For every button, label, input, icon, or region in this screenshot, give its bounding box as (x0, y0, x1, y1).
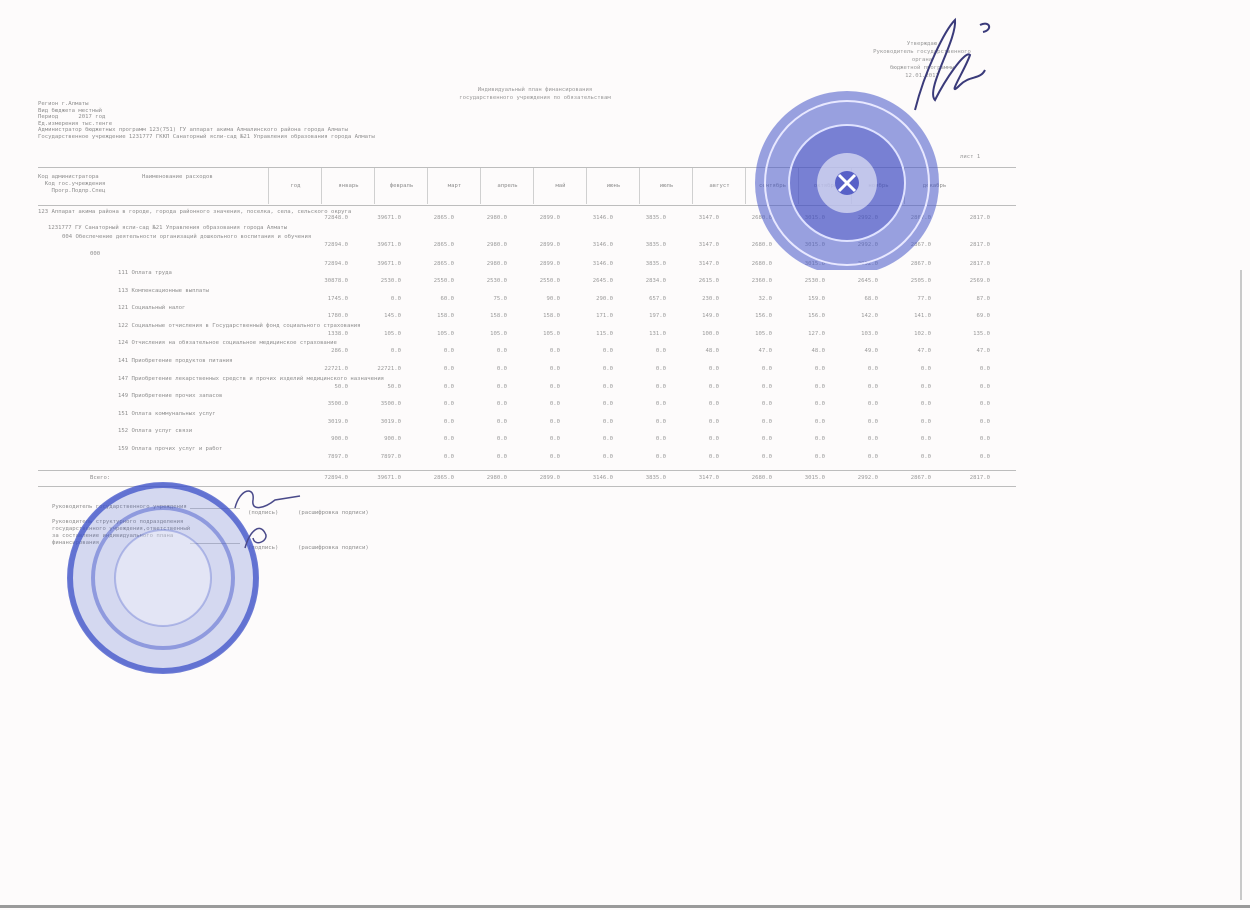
cell-value: 0.0 (871, 419, 931, 425)
institution: Государственное учреждение 1231777 ГККП … (38, 134, 375, 141)
sheet-number: лист 1 (960, 154, 980, 160)
cell-value: 90.0 (500, 296, 560, 302)
document-title: Индивидуальный план финансирования госуд… (400, 86, 670, 102)
cell-value: 0.0 (394, 366, 454, 372)
cell-value: 39671.0 (341, 475, 401, 481)
cell-value: 2865.0 (394, 242, 454, 248)
cell-value: 47.0 (712, 348, 772, 354)
cell-value: 0.0 (606, 454, 666, 460)
cell-value: 105.0 (341, 331, 401, 337)
cell-value: 0.0 (818, 436, 878, 442)
cell-value: 7897.0 (341, 454, 401, 460)
cell-value: 0.0 (930, 454, 990, 460)
cell-value: 0.0 (341, 296, 401, 302)
group-row-label: 004 Обеспечение деятельности организаций… (62, 234, 311, 240)
budget-type: Вид бюджета местный (38, 108, 375, 115)
cell-value: 0.0 (500, 384, 560, 390)
cell-value: 0.0 (659, 384, 719, 390)
cell-value: 2505.0 (871, 278, 931, 284)
cell-value: 0.0 (553, 348, 613, 354)
cell-value: 2645.0 (553, 278, 613, 284)
cell-value: 2992.0 (818, 475, 878, 481)
cell-value: 0.0 (818, 454, 878, 460)
cell-value: 0.0 (394, 384, 454, 390)
cell-value: 0.0 (818, 366, 878, 372)
cell-value: 0.0 (500, 401, 560, 407)
cell-value: 0.0 (394, 454, 454, 460)
cell-value: 0.0 (553, 454, 613, 460)
cell-value: 145.0 (341, 313, 401, 319)
administrator: Администратор бюджетных программ 123(751… (38, 127, 375, 134)
cell-value: 0.0 (447, 366, 507, 372)
cell-value: 2360.0 (712, 278, 772, 284)
item-row-label: 122 Социальные отчисления в Государствен… (118, 323, 360, 329)
cell-value: 2899.0 (500, 215, 560, 221)
cell-value: 3147.0 (659, 475, 719, 481)
cell-value: 0.0 (394, 401, 454, 407)
cell-value: 2615.0 (659, 278, 719, 284)
cell-value: 3500.0 (341, 401, 401, 407)
cell-value: 0.0 (500, 454, 560, 460)
column-header: январь (321, 168, 375, 204)
item-row-label: 147 Приобретение лекарственных средств и… (118, 376, 384, 382)
cell-value: 22721.0 (288, 366, 348, 372)
cell-value: 0.0 (712, 401, 772, 407)
cell-value: 2834.0 (606, 278, 666, 284)
cell-value: 2865.0 (394, 261, 454, 267)
cell-value: 0.0 (712, 419, 772, 425)
cell-value: 77.0 (871, 296, 931, 302)
cell-value: 60.0 (394, 296, 454, 302)
cell-value: 72894.0 (288, 242, 348, 248)
cell-value: 0.0 (930, 436, 990, 442)
cell-value: 0.0 (606, 366, 666, 372)
cell-value: 1780.0 (288, 313, 348, 319)
cell-value: 0.0 (818, 384, 878, 390)
cell-value: 3146.0 (553, 475, 613, 481)
period: Период 2017 год (38, 114, 375, 121)
cell-value: 0.0 (394, 436, 454, 442)
column-header: апрель (480, 168, 534, 204)
cell-value: 197.0 (606, 313, 666, 319)
cell-value: 0.0 (765, 436, 825, 442)
cell-value: 0.0 (930, 419, 990, 425)
cell-value: 141.0 (871, 313, 931, 319)
cell-value: 100.0 (659, 331, 719, 337)
cell-value: 2899.0 (500, 475, 560, 481)
column-header: май (533, 168, 587, 204)
cell-value: 0.0 (447, 419, 507, 425)
cell-value: 72894.0 (288, 261, 348, 267)
column-header: февраль (374, 168, 428, 204)
cell-value: 3019.0 (341, 419, 401, 425)
item-row-label: 111 Оплата труда (118, 270, 172, 276)
cell-value: 2980.0 (447, 215, 507, 221)
cell-value: 3835.0 (606, 242, 666, 248)
cell-value: 2899.0 (500, 261, 560, 267)
cell-value: 0.0 (553, 436, 613, 442)
cell-value: 131.0 (606, 331, 666, 337)
cell-value: 0.0 (606, 384, 666, 390)
cell-value: 3019.0 (288, 419, 348, 425)
cell-value: 0.0 (765, 366, 825, 372)
cell-value: 0.0 (712, 366, 772, 372)
cell-value: 900.0 (341, 436, 401, 442)
cell-value: 105.0 (500, 331, 560, 337)
column-header: июль (639, 168, 693, 204)
cell-value: 0.0 (871, 366, 931, 372)
cell-value: 0.0 (818, 419, 878, 425)
cell-value: 2680.0 (712, 475, 772, 481)
title-line-1: Индивидуальный план финансирования (400, 86, 670, 94)
cell-value: 105.0 (712, 331, 772, 337)
item-row-label: 151 Оплата коммунальных услуг (118, 411, 216, 417)
cell-value: 156.0 (712, 313, 772, 319)
cell-value: 0.0 (930, 401, 990, 407)
cell-value: 135.0 (930, 331, 990, 337)
cell-value: 7897.0 (288, 454, 348, 460)
cell-value: 0.0 (930, 384, 990, 390)
cell-value: 0.0 (659, 401, 719, 407)
cell-value: 39671.0 (341, 215, 401, 221)
cell-value: 0.0 (500, 366, 560, 372)
cell-value: 3146.0 (553, 242, 613, 248)
cell-value: 32.0 (712, 296, 772, 302)
cell-value: 2817.0 (930, 475, 990, 481)
cell-value: 159.0 (765, 296, 825, 302)
item-row-label: 152 Оплата услуг связи (118, 428, 192, 434)
cell-value: 3500.0 (288, 401, 348, 407)
cell-value: 2550.0 (394, 278, 454, 284)
item-row-label: 149 Приобретение прочих запасов (118, 393, 222, 399)
cell-value: 3147.0 (659, 215, 719, 221)
cell-value: 69.0 (930, 313, 990, 319)
cell-value: 2980.0 (447, 475, 507, 481)
cell-value: 0.0 (659, 454, 719, 460)
cell-value: 0.0 (553, 366, 613, 372)
cell-value: 2530.0 (765, 278, 825, 284)
header-info: Регион г.Алматы Вид бюджета местный Пери… (38, 101, 375, 141)
signature-icon-2 (225, 478, 315, 558)
cell-value: 0.0 (765, 419, 825, 425)
group-row-label: 1231777 ГУ Санаторный ясли-сад №21 Управ… (48, 225, 287, 231)
cell-value: 158.0 (394, 313, 454, 319)
cell-value: 2980.0 (447, 242, 507, 248)
cell-value: 900.0 (288, 436, 348, 442)
cell-value: 3146.0 (553, 261, 613, 267)
cell-value: 0.0 (871, 384, 931, 390)
cell-value: 0.0 (871, 454, 931, 460)
cell-value: 0.0 (606, 419, 666, 425)
cell-value: 50.0 (341, 384, 401, 390)
cell-value: 0.0 (447, 401, 507, 407)
cell-value: 2980.0 (447, 261, 507, 267)
cell-value: 2550.0 (500, 278, 560, 284)
cell-value: 286.0 (288, 348, 348, 354)
cell-value: 0.0 (447, 348, 507, 354)
cell-value: 115.0 (553, 331, 613, 337)
cell-value: 2865.0 (394, 215, 454, 221)
cell-value: 1745.0 (288, 296, 348, 302)
cell-value: 230.0 (659, 296, 719, 302)
cell-value: 158.0 (447, 313, 507, 319)
cell-value: 0.0 (447, 436, 507, 442)
cell-value: 0.0 (712, 436, 772, 442)
cell-value: 0.0 (712, 384, 772, 390)
cell-value: 0.0 (553, 401, 613, 407)
cell-value: 2530.0 (341, 278, 401, 284)
cell-value: 48.0 (765, 348, 825, 354)
cell-value: 657.0 (606, 296, 666, 302)
cell-value: 68.0 (818, 296, 878, 302)
title-line-2: государственного учреждения по обязатель… (400, 94, 670, 102)
cell-value: 127.0 (765, 331, 825, 337)
cell-value: 50.0 (288, 384, 348, 390)
cell-value: 72848.0 (288, 215, 348, 221)
cell-value: 142.0 (818, 313, 878, 319)
cell-value: 0.0 (606, 348, 666, 354)
cell-value: 22721.0 (341, 366, 401, 372)
cell-value: 47.0 (871, 348, 931, 354)
cell-value: 75.0 (447, 296, 507, 302)
table-header-codes: Код администратора Код гос.учреждения Пр… (38, 174, 105, 195)
cell-value: 0.0 (712, 454, 772, 460)
cell-value: 0.0 (394, 348, 454, 354)
table-header-name: Наименование расходов (142, 174, 213, 180)
cell-value: 49.0 (818, 348, 878, 354)
cell-value: 0.0 (553, 384, 613, 390)
cell-value: 1338.0 (288, 331, 348, 337)
cell-value: 2569.0 (930, 278, 990, 284)
cell-value: 290.0 (553, 296, 613, 302)
column-header: март (427, 168, 481, 204)
cell-value: 0.0 (659, 436, 719, 442)
cell-value: 3835.0 (606, 475, 666, 481)
cell-value: 3147.0 (659, 242, 719, 248)
cell-value: 0.0 (606, 436, 666, 442)
cell-value: 2530.0 (447, 278, 507, 284)
item-row-label: 141 Приобретение продуктов питания (118, 358, 233, 364)
cell-value: 48.0 (659, 348, 719, 354)
cell-value: 149.0 (659, 313, 719, 319)
cell-value: 0.0 (606, 401, 666, 407)
cell-value: 0.0 (500, 419, 560, 425)
cell-value: 156.0 (765, 313, 825, 319)
cell-value: 0.0 (553, 419, 613, 425)
cell-value: 0.0 (765, 384, 825, 390)
cell-value: 0.0 (341, 348, 401, 354)
cell-value: 2865.0 (394, 475, 454, 481)
cell-value: 87.0 (930, 296, 990, 302)
column-header: июнь (586, 168, 640, 204)
cell-value: 0.0 (659, 366, 719, 372)
cell-value: 171.0 (553, 313, 613, 319)
page-edge (1240, 270, 1242, 900)
cell-value: 0.0 (447, 454, 507, 460)
column-header: год (268, 168, 322, 204)
cell-value: 2645.0 (818, 278, 878, 284)
cell-value: 3146.0 (553, 215, 613, 221)
cell-value: 105.0 (447, 331, 507, 337)
cell-value: 0.0 (394, 419, 454, 425)
signature-icon (885, 10, 1005, 120)
cell-value: 103.0 (818, 331, 878, 337)
cell-value: 0.0 (871, 401, 931, 407)
item-row-label: 113 Компенсационные выплаты (118, 288, 209, 294)
cell-value: 30878.0 (288, 278, 348, 284)
cell-value: 0.0 (659, 419, 719, 425)
cell-value: 2867.0 (871, 475, 931, 481)
item-row-label: 159 Оплата прочих услуг и работ (118, 446, 222, 452)
cell-value: 105.0 (394, 331, 454, 337)
cell-value: 0.0 (765, 454, 825, 460)
column-header: август (692, 168, 746, 204)
cell-value: 47.0 (930, 348, 990, 354)
region: Регион г.Алматы (38, 101, 375, 108)
cell-value: 3835.0 (606, 215, 666, 221)
item-row-label: 121 Социальный налог (118, 305, 185, 311)
cell-value: 39671.0 (341, 261, 401, 267)
cell-value: 102.0 (871, 331, 931, 337)
page-edge-bottom (0, 905, 1250, 908)
cell-value: 0.0 (930, 366, 990, 372)
cell-value: 158.0 (500, 313, 560, 319)
item-row-label: 124 Отчисления на обязательное социально… (118, 340, 337, 346)
cell-value: 2899.0 (500, 242, 560, 248)
cell-value: 3147.0 (659, 261, 719, 267)
cell-value: 3015.0 (765, 475, 825, 481)
cell-value: 0.0 (765, 401, 825, 407)
cell-value: 0.0 (447, 384, 507, 390)
cell-value: 0.0 (500, 348, 560, 354)
cell-value: 3835.0 (606, 261, 666, 267)
cell-value: 0.0 (871, 436, 931, 442)
group-row-label: 000 (90, 251, 100, 257)
cell-value: 0.0 (818, 401, 878, 407)
cell-value: 0.0 (500, 436, 560, 442)
cell-value: 39671.0 (341, 242, 401, 248)
